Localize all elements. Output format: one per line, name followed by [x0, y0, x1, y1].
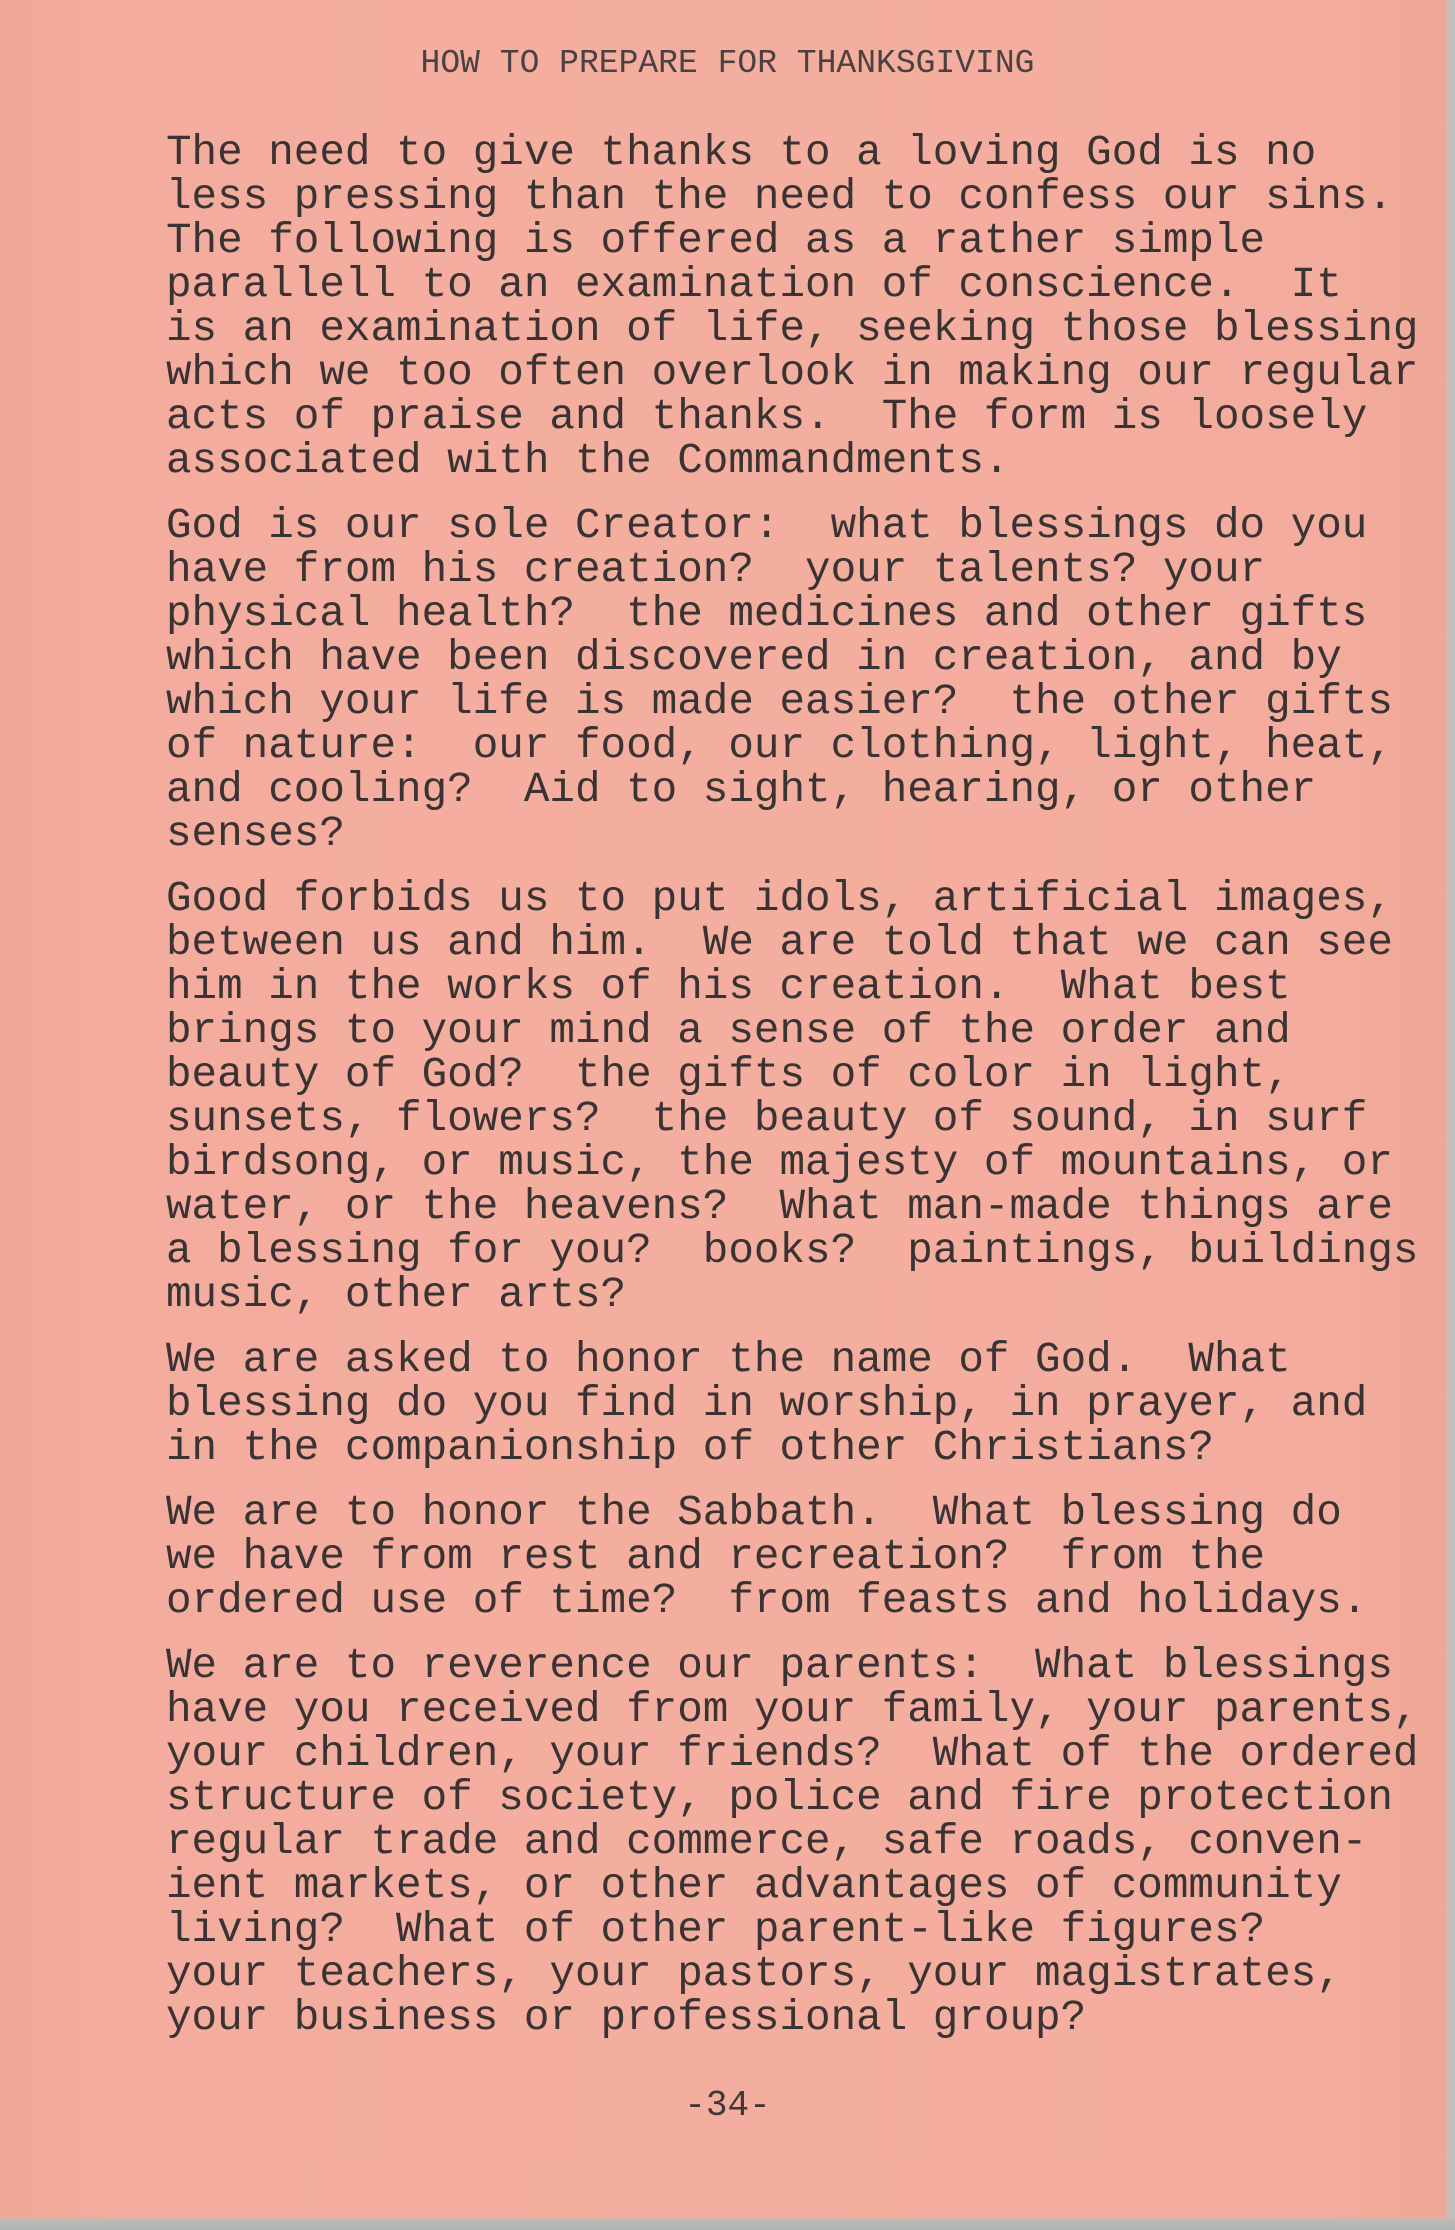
text-line: less pressing than the need to confess o…	[166, 175, 1455, 219]
text-line: your children, your friends? What of the…	[166, 1732, 1455, 1776]
text-line: which have been discovered in creation, …	[166, 636, 1455, 680]
text-line: regular trade and commerce, safe roads, …	[166, 1820, 1455, 1864]
scan-edge-bottom	[0, 2218, 1455, 2230]
text-line: blessing do you find in worship, in pray…	[166, 1382, 1455, 1426]
text-line: Good forbids us to put idols, artificial…	[166, 877, 1455, 921]
scan-edge-right	[1446, 0, 1455, 2230]
text-line: The need to give thanks to a loving God …	[166, 131, 1455, 175]
text-line: We are to reverence our parents: What bl…	[166, 1644, 1455, 1688]
text-line: parallell to an examination of conscienc…	[166, 263, 1455, 307]
text-line: water, or the heavens? What man-made thi…	[166, 1185, 1455, 1229]
page-body: The need to give thanks to a loving God …	[166, 131, 1455, 2061]
paragraph-sabbath: We are to honor the Sabbath. What blessi…	[166, 1491, 1455, 1623]
text-line: of nature: our food, our clothing, light…	[166, 724, 1455, 768]
text-line: beauty of God? the gifts of color in lig…	[166, 1053, 1455, 1097]
text-line: physical health? the medicines and other…	[166, 592, 1455, 636]
text-line: music, other arts?	[166, 1273, 1455, 1317]
text-line: we have from rest and recreation? from t…	[166, 1535, 1455, 1579]
text-line: senses?	[166, 812, 1455, 856]
text-line: birdsong, or music, the majesty of mount…	[166, 1141, 1455, 1185]
text-line: ient markets, or other advantages of com…	[166, 1864, 1455, 1908]
text-line: acts of praise and thanks. The form is l…	[166, 395, 1455, 439]
text-line: structure of society, police and fire pr…	[166, 1776, 1455, 1820]
text-line: God is our sole Creator: what blessings …	[166, 504, 1455, 548]
text-line: your business or professional group?	[166, 1996, 1455, 2040]
text-line: ordered use of time? from feasts and hol…	[166, 1579, 1455, 1623]
text-line: have you received from your family, your…	[166, 1688, 1455, 1732]
scanned-page: HOW TO PREPARE FOR THANKSGIVING The need…	[0, 0, 1446, 2218]
text-line: We are to honor the Sabbath. What blessi…	[166, 1491, 1455, 1535]
paragraph-creator: God is our sole Creator: what blessings …	[166, 504, 1455, 856]
paragraph-name-of-god: We are asked to honor the name of God. W…	[166, 1338, 1455, 1470]
page-title: HOW TO PREPARE FOR THANKSGIVING	[0, 44, 1455, 84]
text-line: which your life is made easier? the othe…	[166, 680, 1455, 724]
text-line: and cooling? Aid to sight, hearing, or o…	[166, 768, 1455, 812]
text-line: between us and him. We are told that we …	[166, 921, 1455, 965]
paragraph-introduction: The need to give thanks to a loving God …	[166, 131, 1455, 483]
text-line: living? What of other parent-like figure…	[166, 1908, 1455, 1952]
text-line: have from his creation? your talents? yo…	[166, 548, 1455, 592]
text-line: We are asked to honor the name of God. W…	[166, 1338, 1455, 1382]
paragraph-idols: Good forbids us to put idols, artificial…	[166, 877, 1455, 1317]
text-line: associated with the Commandments.	[166, 439, 1455, 483]
page-number: -34-	[0, 2084, 1455, 2128]
text-line: The following is offered as a rather sim…	[166, 219, 1455, 263]
text-line: him in the works of his creation. What b…	[166, 965, 1455, 1009]
text-line: in the companionship of other Christians…	[166, 1426, 1455, 1470]
text-line: which we too often overlook in making ou…	[166, 351, 1455, 395]
text-line: brings to your mind a sense of the order…	[166, 1009, 1455, 1053]
text-line: is an examination of life, seeking those…	[166, 307, 1455, 351]
text-line: a blessing for you? books? paintings, bu…	[166, 1229, 1455, 1273]
text-line: sunsets, flowers? the beauty of sound, i…	[166, 1097, 1455, 1141]
text-line: your teachers, your pastors, your magist…	[166, 1952, 1455, 1996]
paragraph-parents: We are to reverence our parents: What bl…	[166, 1644, 1455, 2040]
